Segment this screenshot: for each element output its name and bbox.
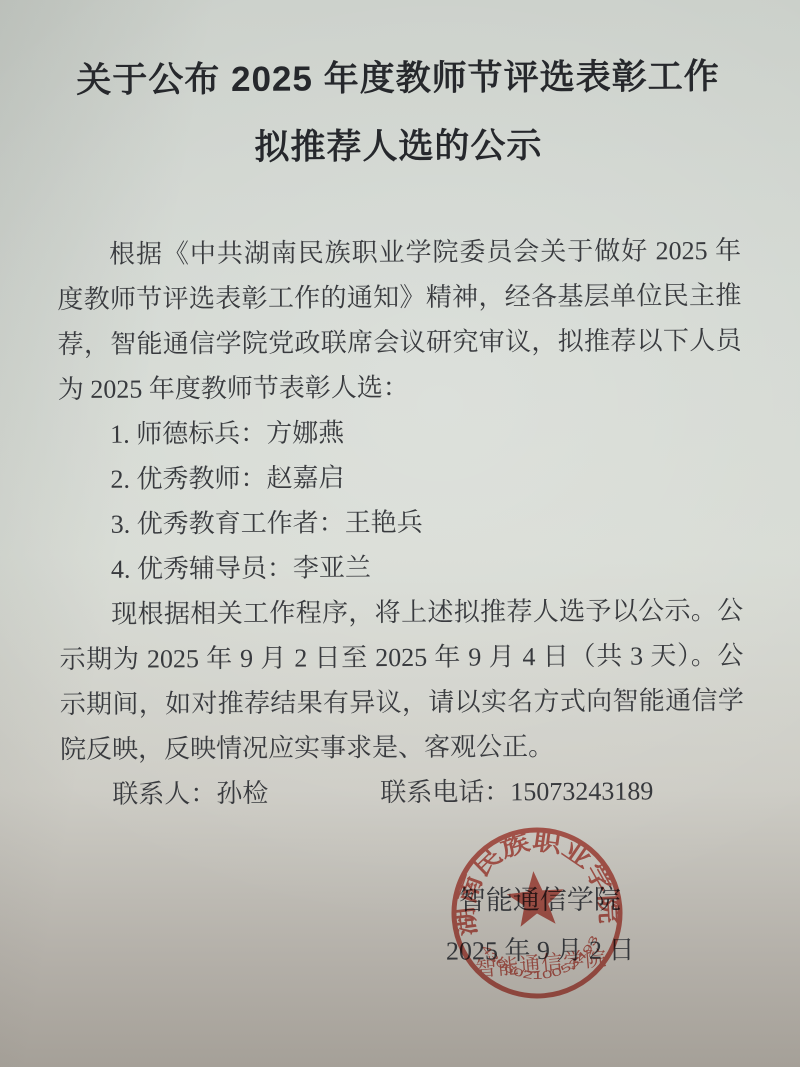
title-line-1: 关于公布 2025 年度教师节评选表彰工作 <box>56 54 740 104</box>
star-icon <box>505 869 567 928</box>
contact-row: 联系人：孙检联系电话：15073243189 <box>60 768 744 817</box>
document-title: 关于公布 2025 年度教师节评选表彰工作 拟推荐人选的公示 <box>56 54 741 172</box>
list-item-2: 2. 优秀教师：赵嘉启 <box>58 453 742 502</box>
list-item-1: 1. 师德标兵：方娜燕 <box>58 408 742 457</box>
list-item-3: 3. 优秀教育工作者：王艳兵 <box>59 498 743 547</box>
contact-person: 联系人：孙检 <box>112 779 268 809</box>
document-body: 根据《中共湖南民族职业学院委员会关于做好 2025 年度教师节评选表彰工作的通知… <box>57 228 745 817</box>
title-line-2: 拟推荐人选的公示 <box>56 122 740 172</box>
paragraph-intro: 根据《中共湖南民族职业学院委员会关于做好 2025 年度教师节评选表彰工作的通知… <box>57 228 742 412</box>
list-item-4: 4. 优秀辅导员：李亚兰 <box>59 543 743 592</box>
paragraph-notice: 现根据相关工作程序，将上述拟推荐人选予以公示。公示期为 2025 年 9 月 2… <box>59 588 744 772</box>
contact-phone: 联系电话：15073243189 <box>380 776 653 807</box>
official-seal: 湖南民族职业学院 智能通信学院 43060210053493 <box>439 815 634 1010</box>
document-page: 关于公布 2025 年度教师节评选表彰工作 拟推荐人选的公示 根据《中共湖南民族… <box>0 0 800 817</box>
